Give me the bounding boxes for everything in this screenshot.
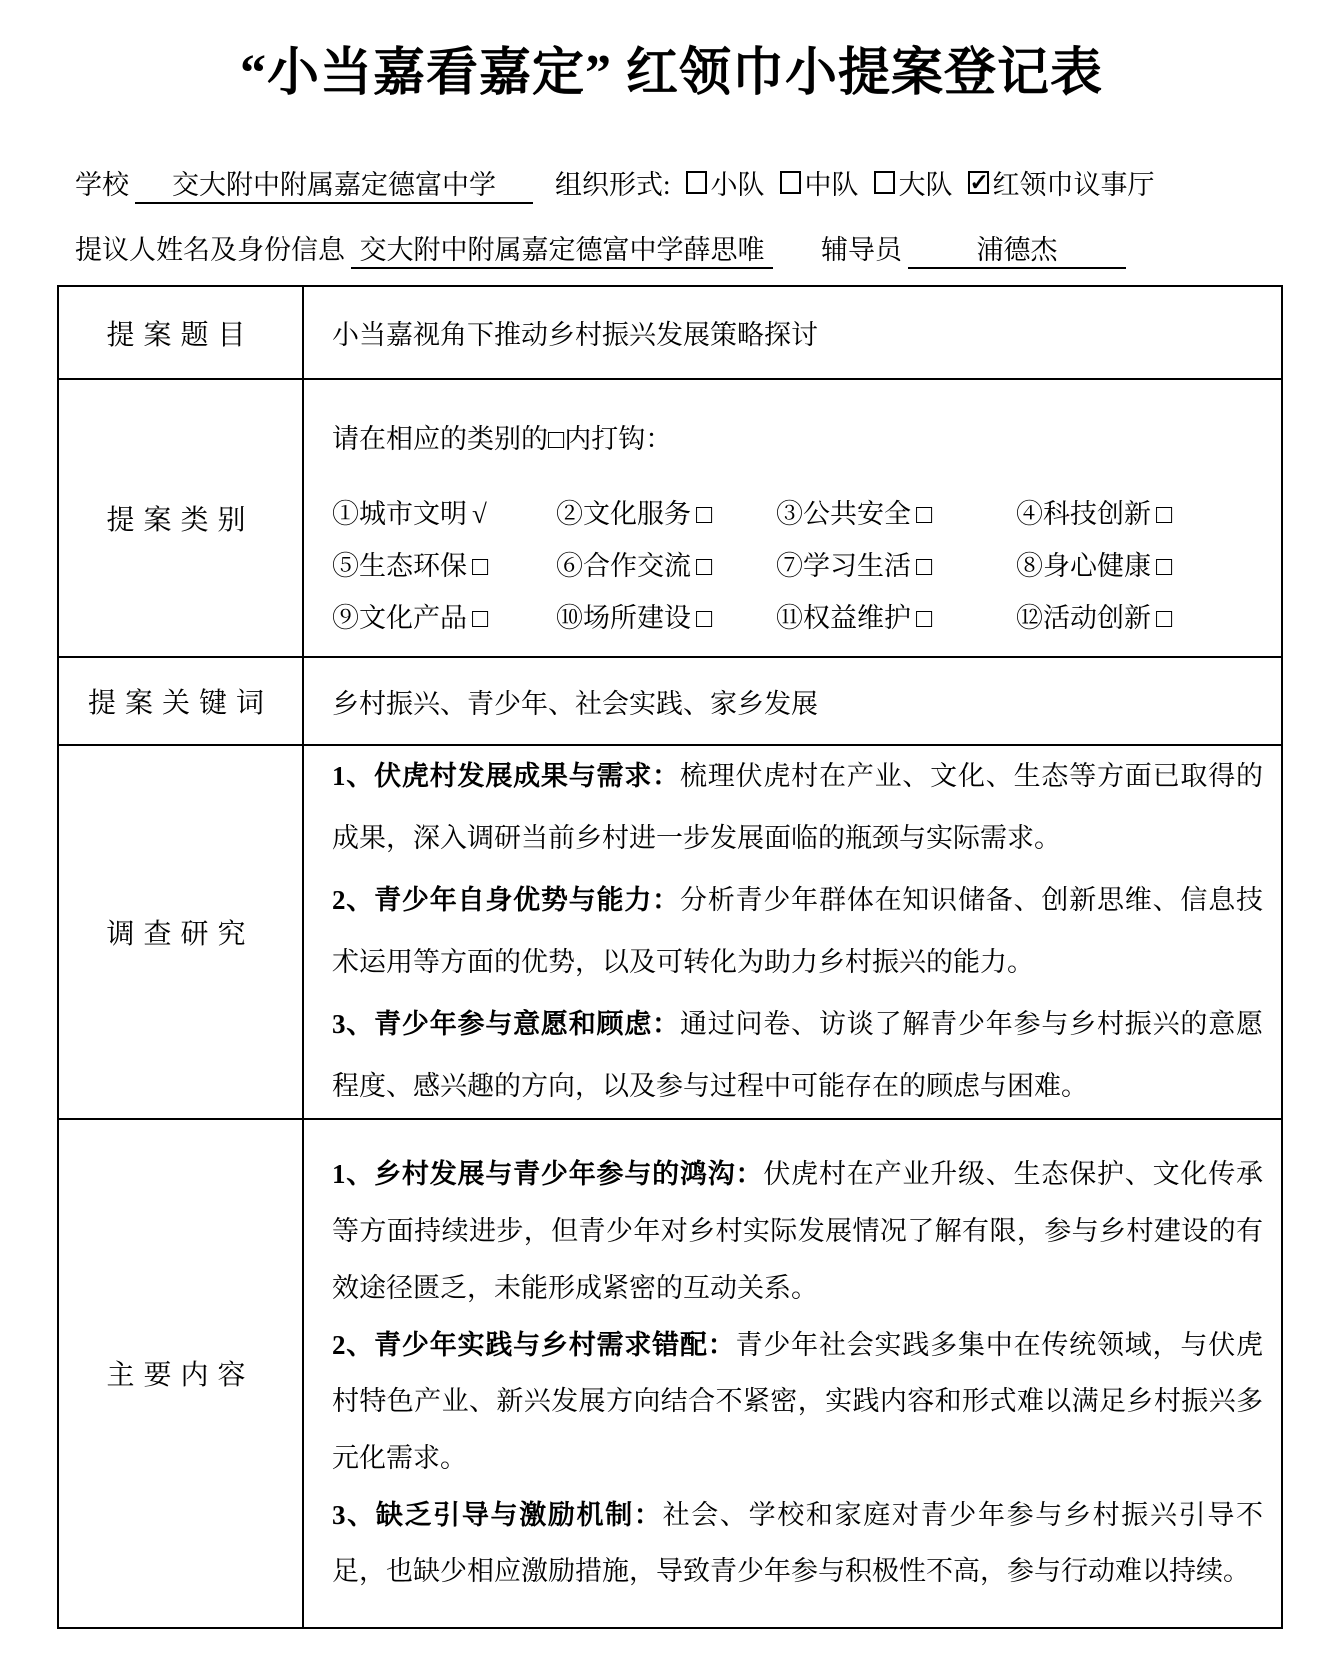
row-label-main-content: 主要内容	[58, 1119, 303, 1628]
category-item-eco-protection: ⑤生态环保□	[332, 544, 556, 583]
org-option-detachment: 中队	[780, 163, 859, 202]
proposer-value: 交大附中附属嘉定德富中学薛思唯	[351, 228, 773, 269]
checkbox-glyph: □	[696, 551, 712, 581]
category-item-cultural-product: ⑨文化产品□	[332, 596, 556, 635]
category-item-cultural-service: ②文化服务□	[556, 492, 776, 531]
org-form-group: 组织形式: 小队 中队 大队 ✓ 红领巾议事厅	[555, 163, 1155, 202]
row-proposal-keywords: 提案关键词 乡村振兴、青少年、社会实践、家乡发展	[58, 657, 1282, 745]
checkbox-checked-icon: ✓	[968, 171, 989, 194]
category-item-city-civilization: ①城市文明√	[332, 492, 556, 531]
research-paragraph-2: 2、青少年自身优势与能力：分析青少年群体在知识储备、创新思维、信息技术运用等方面…	[332, 870, 1263, 994]
org-option-squad: 小队	[686, 163, 765, 202]
school-label: 学校	[75, 163, 129, 202]
proposal-table: 提案题目 小当嘉视角下推动乡村振兴发展策略探讨 提案类别 请在相应的类别的□内打…	[57, 285, 1283, 1629]
research-content: 1、伏虎村发展成果与需求：梳理伏虎村在产业、文化、生态等方面已取得的成果，深入调…	[303, 745, 1282, 1119]
category-item-activity-innovation: ⑫活动创新□	[1016, 596, 1263, 635]
row-proposal-title: 提案题目 小当嘉视角下推动乡村振兴发展策略探讨	[58, 286, 1282, 379]
checkbox-glyph: □	[916, 551, 932, 581]
checkbox-glyph: □	[472, 603, 488, 633]
org-option-label: 小队	[711, 163, 765, 202]
proposer-label: 提议人姓名及身份信息	[75, 228, 345, 267]
category-item-cooperation: ⑥合作交流□	[556, 544, 776, 583]
checkbox-glyph: □	[1156, 499, 1172, 529]
org-option-label: 大队	[899, 163, 953, 202]
org-option-council: ✓ 红领巾议事厅	[968, 163, 1155, 202]
main-paragraph-1: 1、乡村发展与青少年参与的鸿沟：伏虎村在产业升级、生态保护、文化传承等方面持续进…	[332, 1146, 1263, 1316]
document-page: “小当嘉看嘉定” 红领巾小提案登记表 学校 交大附中附属嘉定德富中学 组织形式:…	[0, 0, 1343, 1672]
school-org-line: 学校 交大附中附属嘉定德富中学 组织形式: 小队 中队 大队 ✓	[75, 163, 1283, 204]
check-mark: √	[472, 499, 487, 529]
category-item-rights-protection: ⑪权益维护□	[776, 596, 1016, 635]
checkbox-glyph: □	[696, 603, 712, 633]
row-label-proposal-keywords: 提案关键词	[58, 657, 303, 745]
row-proposal-category: 提案类别 请在相应的类别的□内打钩： ①城市文明√ ②文化服务□ ③公共安全□ …	[58, 379, 1282, 657]
school-value: 交大附中附属嘉定德富中学	[135, 163, 533, 204]
org-option-label: 红领巾议事厅	[993, 163, 1155, 202]
category-grid: ①城市文明√ ②文化服务□ ③公共安全□ ④科技创新□ ⑤生态环保□ ⑥合作交流…	[332, 492, 1263, 635]
row-main-content: 主要内容 1、乡村发展与青少年参与的鸿沟：伏虎村在产业升级、生态保护、文化传承等…	[58, 1119, 1282, 1628]
category-instruction: 请在相应的类别的□内打钩：	[332, 417, 1263, 456]
org-option-label: 中队	[805, 163, 859, 202]
checkbox-glyph: □	[916, 603, 932, 633]
main-paragraph-2: 2、青少年实践与乡村需求错配：青少年社会实践多集中在传统领域，与伏虎村特色产业、…	[332, 1317, 1263, 1487]
page-title: “小当嘉看嘉定” 红领巾小提案登记表	[0, 0, 1343, 105]
row-label-research: 调查研究	[58, 745, 303, 1119]
counselor-value: 浦德杰	[908, 228, 1126, 269]
category-cell: 请在相应的类别的□内打钩： ①城市文明√ ②文化服务□ ③公共安全□ ④科技创新…	[332, 391, 1263, 645]
form-header: 学校 交大附中附属嘉定德富中学 组织形式: 小队 中队 大队 ✓	[75, 163, 1283, 269]
category-item-public-safety: ③公共安全□	[776, 492, 1016, 531]
checkbox-icon	[874, 171, 895, 194]
checkbox-glyph: □	[1156, 551, 1172, 581]
counselor-label: 辅导员	[821, 228, 902, 267]
checkbox-glyph: □	[472, 551, 488, 581]
row-research: 调查研究 1、伏虎村发展成果与需求：梳理伏虎村在产业、文化、生态等方面已取得的成…	[58, 745, 1282, 1119]
proposer-line: 提议人姓名及身份信息 交大附中附属嘉定德富中学薛思唯 辅导员 浦德杰	[75, 228, 1283, 269]
proposal-keywords-value: 乡村振兴、青少年、社会实践、家乡发展	[303, 657, 1282, 745]
checkbox-glyph: □	[1156, 603, 1172, 633]
category-item-tech-innovation: ④科技创新□	[1016, 492, 1263, 531]
research-paragraph-3: 3、青少年参与意愿和顾虑：通过问卷、访谈了解青少年参与乡村振兴的意愿程度、感兴趣…	[332, 994, 1263, 1118]
main-paragraph-3: 3、缺乏引导与激励机制：社会、学校和家庭对青少年参与乡村振兴引导不足，也缺少相应…	[332, 1487, 1263, 1600]
proposal-title-value: 小当嘉视角下推动乡村振兴发展策略探讨	[303, 286, 1282, 379]
org-option-brigade: 大队	[874, 163, 953, 202]
org-form-label: 组织形式:	[555, 163, 671, 202]
category-item-health: ⑧身心健康□	[1016, 544, 1263, 583]
main-content: 1、乡村发展与青少年参与的鸿沟：伏虎村在产业升级、生态保护、文化传承等方面持续进…	[303, 1119, 1282, 1628]
checkbox-icon	[686, 171, 707, 194]
checkbox-glyph: □	[916, 499, 932, 529]
research-paragraph-1: 1、伏虎村发展成果与需求：梳理伏虎村在产业、文化、生态等方面已取得的成果，深入调…	[332, 746, 1263, 870]
checkbox-icon	[780, 171, 801, 194]
category-item-venue-construction: ⑩场所建设□	[556, 596, 776, 635]
checkbox-glyph: □	[696, 499, 712, 529]
row-label-proposal-title: 提案题目	[58, 286, 303, 379]
row-label-proposal-category: 提案类别	[58, 379, 303, 657]
category-item-study-life: ⑦学习生活□	[776, 544, 1016, 583]
